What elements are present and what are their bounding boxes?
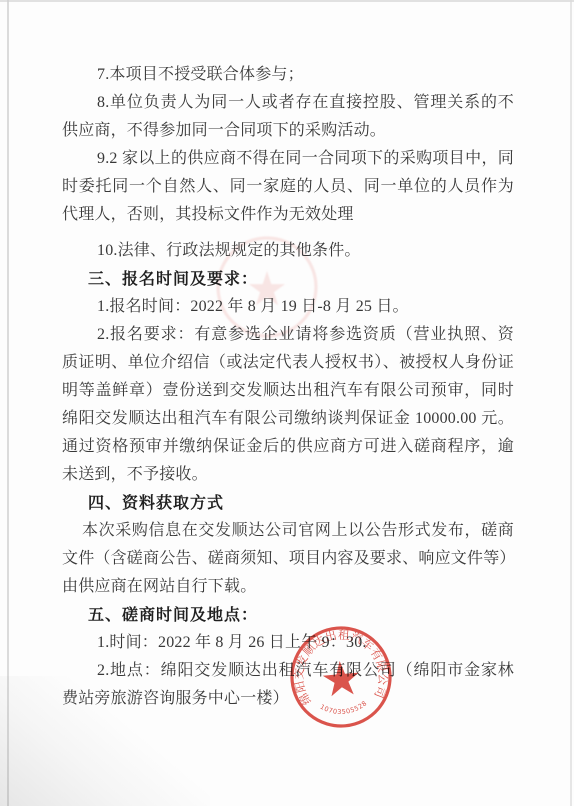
seal-star-icon xyxy=(322,659,361,696)
text-line: 文件（含磋商公告、磋商须知、项目内容及要求、响应文件等） xyxy=(62,545,514,573)
scan-edge-right xyxy=(570,0,572,806)
text-line: 供应商，不得参加同一合同项下的采购活动。 xyxy=(62,117,514,145)
section-heading: 五、磋商时间及地点： xyxy=(62,601,514,629)
text-line: 明等盖鲜章）壹份送到交发顺达出租汽车有限公司预审，同时向 xyxy=(62,377,514,405)
text-line: 由供应商在网站自行下载。 xyxy=(62,573,514,601)
text-line: 9.2 家以上的供应商不得在同一合同项下的采购项目中，同 xyxy=(62,145,514,173)
text-line: 1.报名时间：2022 年 8 月 19 日-8 月 25 日。 xyxy=(62,293,514,321)
text-line: 本次采购信息在交发顺达公司官网上以公告形式发布，磋商 xyxy=(62,517,514,545)
text-line: 2.报名要求：有意参选企业请将参选资质（营业执照、资 xyxy=(62,321,514,349)
official-seal: 绵阳交发顺达出租汽车有限公司 5107035055282 xyxy=(281,617,400,736)
text-line: 通过资格预审并缴纳保证金后的供应商方可进入磋商程序，逾期 xyxy=(62,433,514,461)
section-heading: 四、资料获取方式 xyxy=(62,489,514,517)
scanned-page: 7.本项目不授受联合体参与；8.单位负责人为同一人或者存在直接控股、管理关系的不… xyxy=(0,0,574,806)
text-line: 绵阳交发顺达出租汽车有限公司缴纳谈判保证金 10000.00 元。 xyxy=(62,405,514,433)
text-line: 质证明、单位介绍信（或法定代表人授权书）、被授权人身份证 xyxy=(62,349,514,377)
scan-edge-top xyxy=(0,0,574,2)
section-heading: 三、报名时间及要求： xyxy=(62,265,514,293)
text-line: 10.法律、行政法规规定的其他条件。 xyxy=(62,237,514,265)
text-line: 代理人，否则，其投标文件作为无效处理 xyxy=(62,201,514,229)
document-body: 7.本项目不授受联合体参与；8.单位负责人为同一人或者存在直接控股、管理关系的不… xyxy=(62,61,514,713)
text-line: 时委托同一个自然人、同一家庭的人员、同一单位的人员作为其 xyxy=(62,173,514,201)
text-line: 8.单位负责人为同一人或者存在直接控股、管理关系的不同 xyxy=(62,89,514,117)
text-line: 未送到，不予接收。 xyxy=(62,461,514,489)
text-line: 7.本项目不授受联合体参与； xyxy=(62,61,514,89)
